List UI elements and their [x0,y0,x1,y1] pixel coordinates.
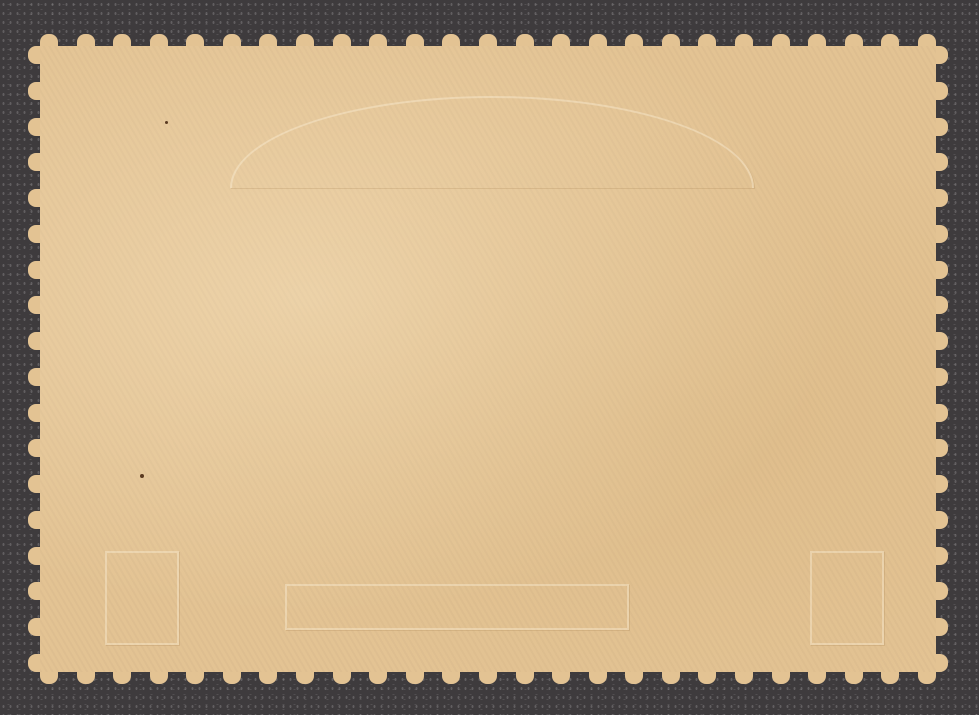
paper-spot [140,474,144,478]
stamp-paper [40,46,936,672]
embossed-value-left [105,551,179,645]
embossed-value-right [810,551,884,645]
embossed-name-tablet [285,584,629,630]
paper-spot [165,121,168,124]
stamp-back [28,34,948,684]
embossed-banner [230,96,754,188]
